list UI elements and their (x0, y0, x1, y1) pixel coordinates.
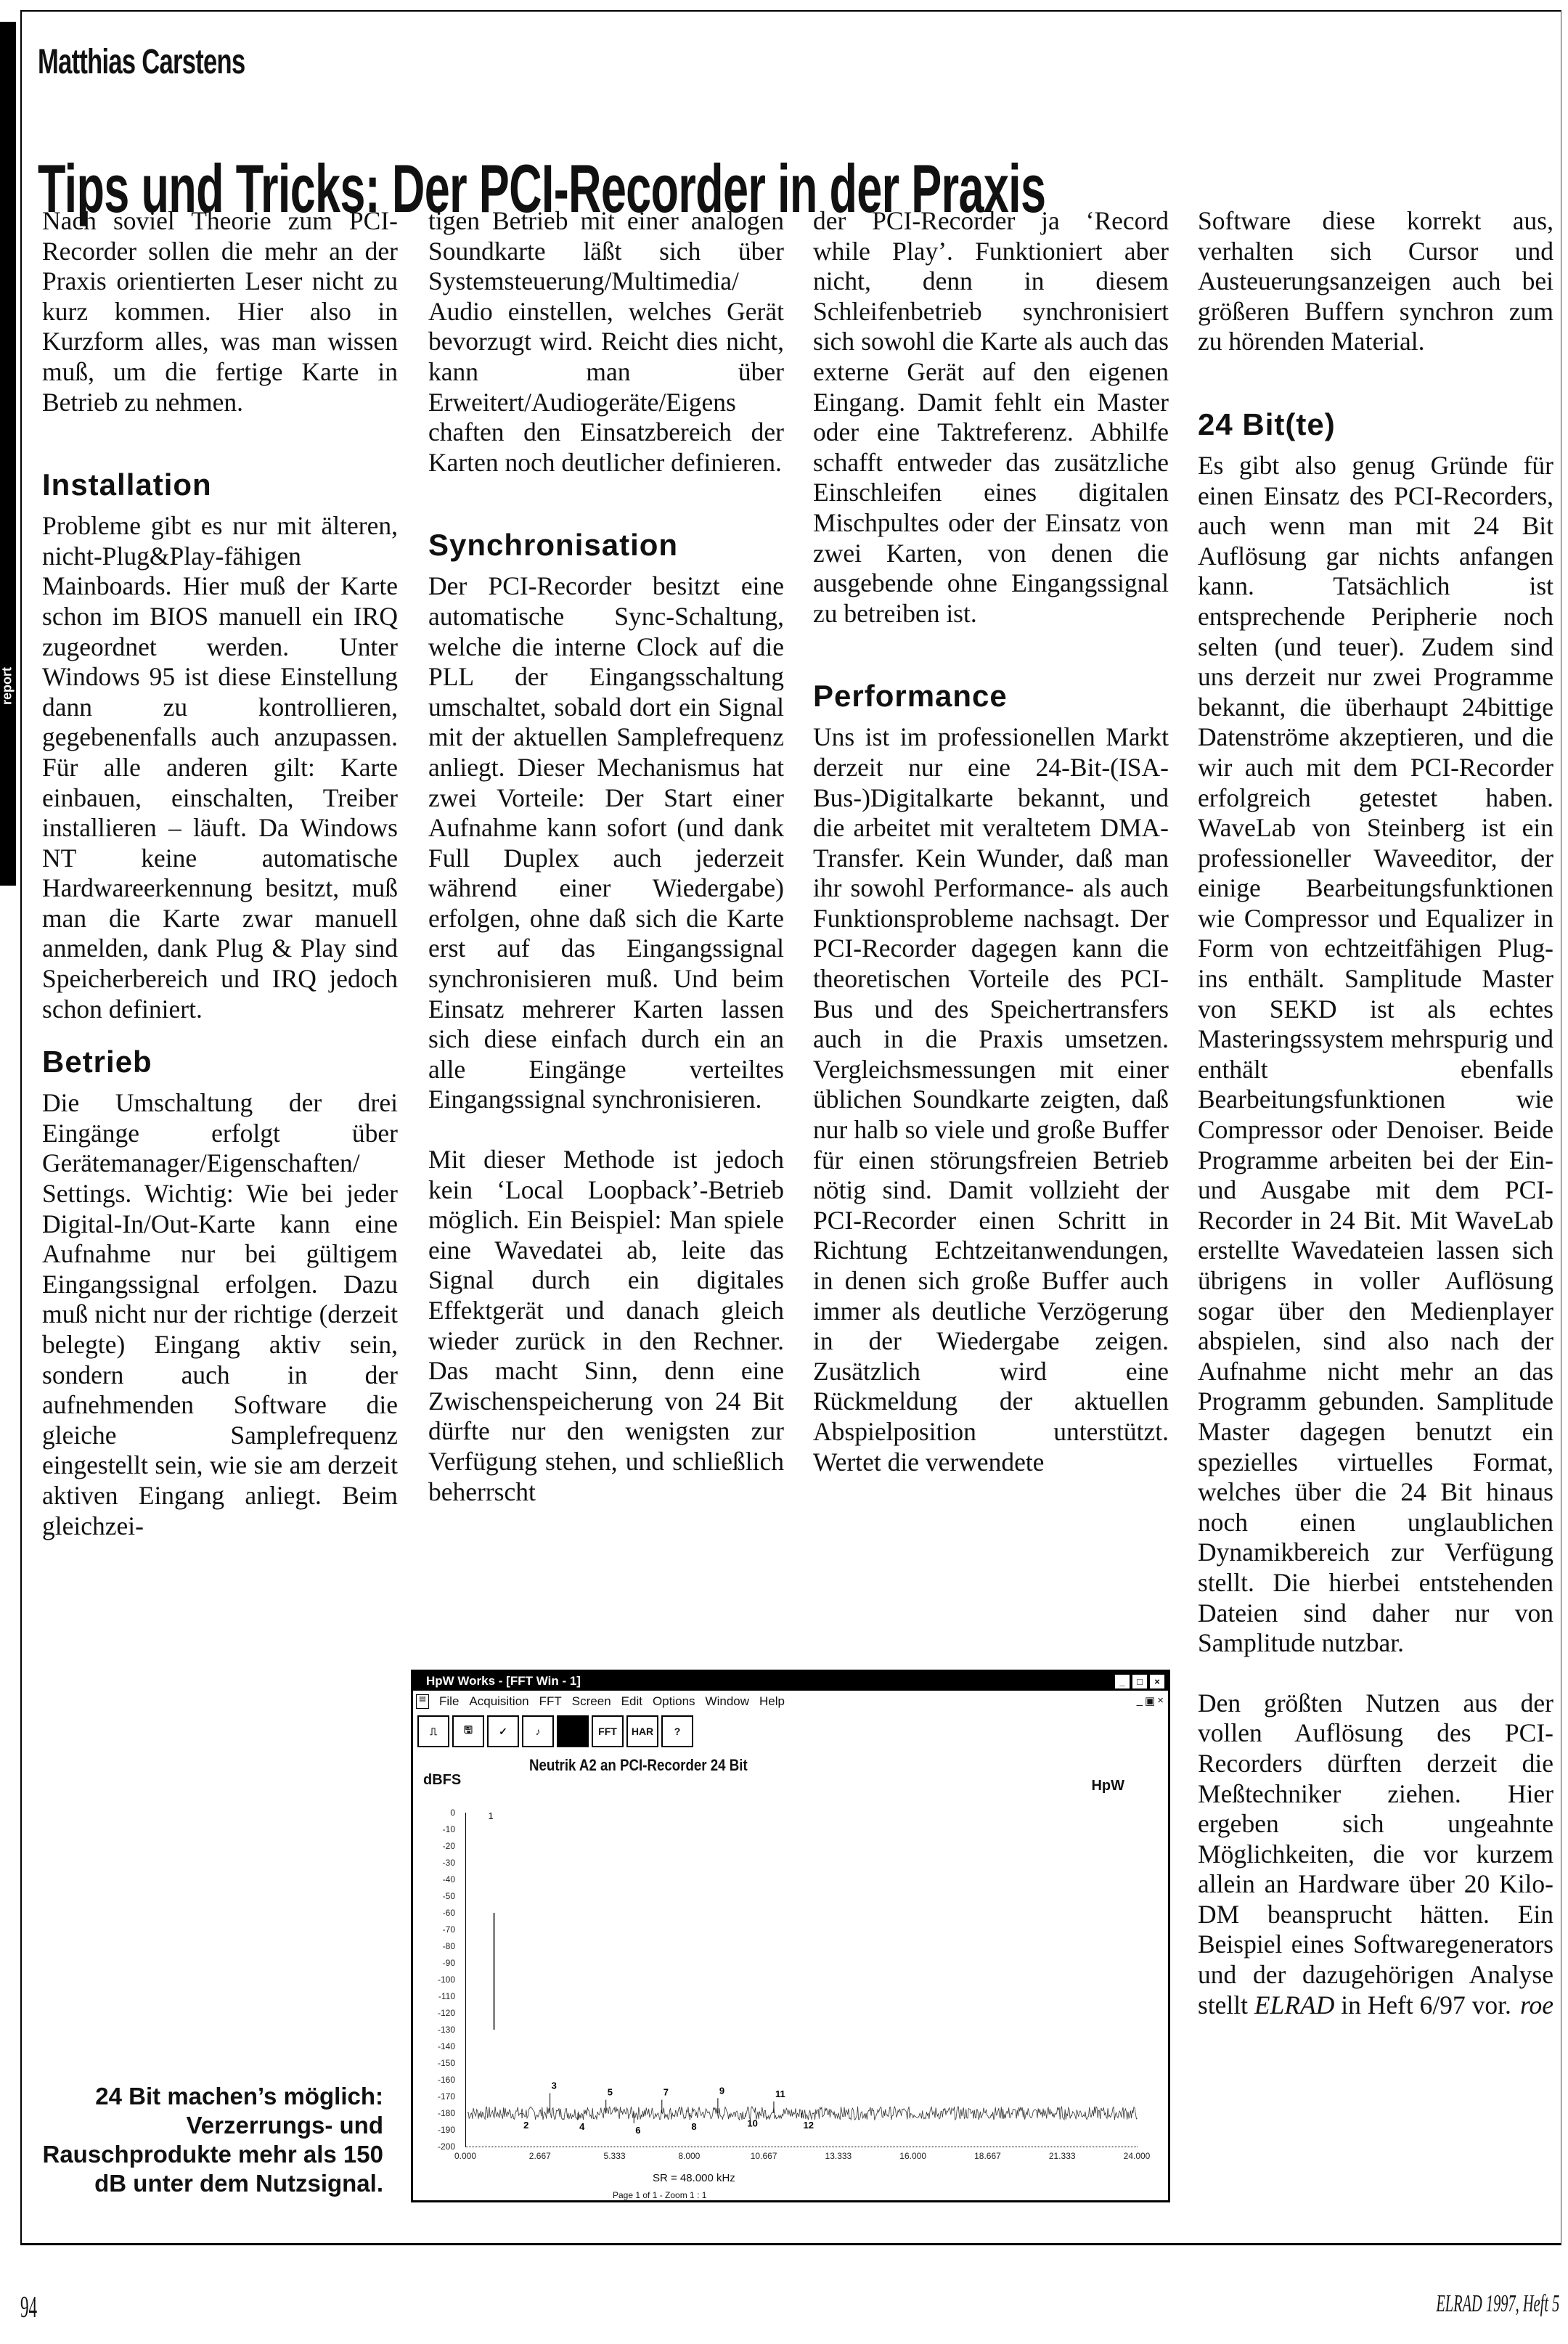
column-1: Nach soviel Theorie zum PCI-Recorder sol… (42, 206, 398, 1541)
minimize-icon[interactable]: _ (1114, 1674, 1130, 1689)
author: Matthias Carstens (38, 42, 245, 82)
y-tick: -90 (443, 1958, 455, 1968)
checklist-icon[interactable]: ✓ (487, 1715, 519, 1747)
svg-text:8: 8 (691, 2121, 696, 2132)
plot-area: 123456789101112 (465, 1813, 1138, 2147)
x-tick: 10.667 (751, 2151, 777, 2161)
y-tick: -30 (443, 1858, 455, 1868)
figure-caption: 24 Bit machen’s möglich: Verzerrungs- un… (42, 2082, 383, 2198)
paragraph-installation: Probleme gibt es nur mit älteren, nicht-… (42, 511, 398, 1024)
plot-header: Neutrik A2 an PCI-Recorder 24 Bit dBFS H… (413, 1750, 1168, 1801)
x-tick: 5.333 (604, 2151, 626, 2161)
window-titlebar: HpW Works - [FFT Win - 1] _ □ × (413, 1672, 1168, 1691)
sample-rate-label: SR = 48.000 kHz (653, 2172, 735, 2184)
x-tick: 2.667 (529, 2151, 551, 2161)
column-3: der PCI-Recorder ja ‘Record while Play’.… (813, 206, 1169, 1477)
side-bar (0, 22, 16, 886)
page-zoom-label: Page 1 of 1 - Zoom 1 : 1 (613, 2190, 706, 2200)
menu-bar: ▤ File Acquisition FFT Screen Edit Optio… (413, 1691, 1168, 1712)
intro-paragraph: Nach soviel Theorie zum PCI-Recorder sol… (42, 206, 398, 417)
chart-title: Neutrik A2 an PCI-Recorder 24 Bit (529, 1756, 748, 1775)
har-button[interactable]: HAR (626, 1715, 658, 1747)
x-tick: 16.000 (899, 2151, 926, 2161)
x-tick: 18.667 (974, 2151, 1001, 2161)
help-icon[interactable]: ? (661, 1715, 693, 1747)
window-title: HpW Works - [FFT Win - 1] (426, 1674, 581, 1688)
svg-text:9: 9 (719, 2085, 724, 2096)
y-tick: -50 (443, 1891, 455, 1901)
svg-text:7: 7 (663, 2087, 669, 2098)
x-tick: 24.000 (1124, 2151, 1151, 2161)
paragraph-betrieb: Die Umschaltung der drei Eingänge erfolg… (42, 1088, 398, 1541)
close-icon[interactable]: × (1149, 1674, 1165, 1689)
music-note-icon[interactable]: ♪ (522, 1715, 554, 1747)
paragraph-performance: Uns ist im professionellen Markt derzeit… (813, 722, 1169, 1477)
column-2: tigen Betrieb mit einer analogen Soundka… (428, 206, 784, 1507)
y-tick: -170 (438, 2091, 455, 2102)
y-tick: -200 (438, 2141, 455, 2152)
x-tick: 21.333 (1049, 2151, 1076, 2161)
svg-text:4: 4 (579, 2121, 585, 2132)
paragraph-24-bit: Es gibt also genug Gründe für einen Eins… (1198, 451, 1553, 1659)
x-tick: 0.000 (454, 2151, 476, 2161)
column-4: Software diese korrekt aus, verhalten si… (1198, 206, 1553, 2020)
y-tick: -10 (443, 1824, 455, 1834)
toolbar: ⎍ 🖫 ✓ ♪ ■ FFT HAR ? (413, 1712, 1168, 1750)
mdi-close-icon[interactable]: × (1157, 1694, 1164, 1707)
section-tab: report (0, 639, 15, 733)
y-tick: -40 (443, 1874, 455, 1884)
fft-plot: 0-10-20-30-40-50-60-70-80-90-100-110-120… (413, 1805, 1164, 2197)
svg-text:2: 2 (523, 2120, 528, 2131)
x-tick: 8.000 (678, 2151, 700, 2161)
spectrum-trace: 123456789101112 (466, 1813, 1138, 2147)
y-tick: -100 (438, 1975, 455, 1985)
y-tick: -80 (443, 1941, 455, 1951)
y-tick: -110 (438, 1991, 455, 2001)
heading-performance: Performance (813, 679, 1169, 714)
black-square-icon[interactable]: ■ (557, 1715, 589, 1747)
y-tick: -150 (438, 2058, 455, 2068)
y-tick: 0 (450, 1808, 455, 1818)
paragraph-performance-cont: Software diese korrekt aus, verhalten si… (1198, 206, 1553, 357)
paragraph-conclusion: Den größten Nutzen aus der vollen Auflös… (1198, 1688, 1553, 2021)
save-icon[interactable]: 🖫 (452, 1715, 484, 1747)
paragraph-loopback: Mit dieser Methode ist jedoch kein ‘Loca… (428, 1145, 784, 1507)
heading-24-bit: 24 Bit(te) (1198, 407, 1553, 442)
publication-footer: ELRAD 1997, Heft 5 (1436, 2290, 1559, 2318)
y-tick: -20 (443, 1841, 455, 1851)
mdi-minimize-icon[interactable]: _ (1137, 1694, 1143, 1707)
svg-text:1: 1 (489, 1813, 494, 1821)
x-tick: 13.333 (825, 2151, 852, 2161)
svg-text:6: 6 (635, 2125, 640, 2136)
y-tick: -60 (443, 1908, 455, 1918)
y-tick: -180 (438, 2108, 455, 2118)
heading-installation: Installation (42, 467, 398, 502)
y-tick: -120 (438, 2008, 455, 2018)
mdi-restore-icon[interactable]: ▣ (1145, 1694, 1155, 1707)
menu-file[interactable]: File (439, 1694, 459, 1709)
menu-edit[interactable]: Edit (621, 1694, 642, 1709)
y-tick: -130 (438, 2025, 455, 2035)
y-axis-label: dBFS (423, 1772, 461, 1789)
y-tick: -70 (443, 1924, 455, 1935)
menu-window[interactable]: Window (706, 1694, 749, 1709)
fft-window-screenshot: HpW Works - [FFT Win - 1] _ □ × ▤ File A… (411, 1670, 1170, 2202)
page-number: 94 (20, 2290, 37, 2325)
menu-options[interactable]: Options (653, 1694, 695, 1709)
menu-acquisition[interactable]: Acquisition (469, 1694, 528, 1709)
document-icon[interactable]: ▤ (416, 1694, 429, 1709)
svg-text:12: 12 (804, 2120, 814, 2131)
y-tick: -140 (438, 2041, 455, 2051)
svg-text:5: 5 (608, 2087, 613, 2098)
author-signature: roe (1520, 1990, 1553, 2021)
brand-label: HpW (1091, 1778, 1124, 1794)
menu-screen[interactable]: Screen (572, 1694, 611, 1709)
y-tick: -190 (438, 2125, 455, 2135)
heading-betrieb: Betrieb (42, 1045, 398, 1079)
svg-text:3: 3 (552, 2080, 557, 2091)
paragraph-loopback-cont: der PCI-Recorder ja ‘Record while Play’.… (813, 206, 1169, 629)
menu-fft[interactable]: FFT (539, 1694, 562, 1709)
svg-text:11: 11 (775, 2088, 785, 2099)
menu-help[interactable]: Help (759, 1694, 785, 1709)
fft-button[interactable]: FFT (592, 1715, 624, 1747)
y-tick: -160 (438, 2075, 455, 2085)
heading-synchronisation: Synchronisation (428, 528, 784, 563)
publication-name: ELRAD (1254, 1990, 1334, 2020)
maximize-icon[interactable]: □ (1132, 1674, 1148, 1689)
svg-text:10: 10 (747, 2118, 757, 2129)
paragraph-synchronisation: Der PCI-Recorder besitzt eine automatisc… (428, 571, 784, 1115)
scope-icon[interactable]: ⎍ (417, 1715, 449, 1747)
paragraph-betrieb-cont: tigen Betrieb mit einer analogen Soundka… (428, 206, 784, 478)
